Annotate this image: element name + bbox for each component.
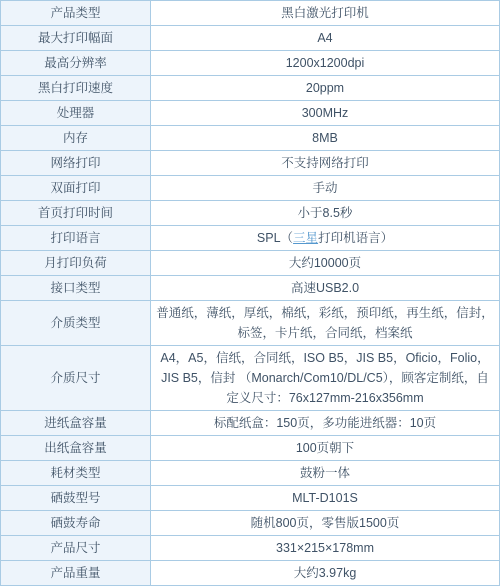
spec-row: 出纸盒容量100页朝下 xyxy=(1,436,500,461)
spec-row: 接口类型高速USB2.0 xyxy=(1,276,500,301)
spec-row: 最大打印幅面A4 xyxy=(1,26,500,51)
spec-value: 大约10000页 xyxy=(151,251,500,276)
spec-label: 介质尺寸 xyxy=(1,346,151,411)
spec-value: 小于8.5秒 xyxy=(151,201,500,226)
spec-value-text: 小于8.5秒 xyxy=(298,206,353,220)
spec-label: 双面打印 xyxy=(1,176,151,201)
spec-value: 不支持网络打印 xyxy=(151,151,500,176)
spec-label: 介质类型 xyxy=(1,301,151,346)
spec-value-text: 1200x1200dpi xyxy=(286,56,365,70)
spec-value-text: 黑白激光打印机 xyxy=(281,6,369,20)
spec-label: 最高分辨率 xyxy=(1,51,151,76)
spec-row: 产品尺寸331×215×178mm xyxy=(1,536,500,561)
spec-label: 耗材类型 xyxy=(1,461,151,486)
spec-value-text: 鼓粉一体 xyxy=(300,466,350,480)
spec-table-body: 产品类型黑白激光打印机最大打印幅面A4最高分辨率1200x1200dpi黑白打印… xyxy=(1,1,500,586)
spec-value-text: 随机800页，零售版1500页 xyxy=(251,516,400,530)
spec-value-text: 不支持网络打印 xyxy=(281,156,369,170)
spec-label: 处理器 xyxy=(1,101,151,126)
spec-row: 耗材类型鼓粉一体 xyxy=(1,461,500,486)
spec-value: A4，A5，信纸，合同纸，ISO B5，JIS B5，Oficio，Folio，… xyxy=(151,346,500,411)
spec-row: 硒鼓型号MLT-D101S xyxy=(1,486,500,511)
spec-value: 20ppm xyxy=(151,76,500,101)
spec-label: 出纸盒容量 xyxy=(1,436,151,461)
spec-row: 硒鼓寿命随机800页，零售版1500页 xyxy=(1,511,500,536)
spec-row: 打印语言SPL（三星打印机语言） xyxy=(1,226,500,251)
spec-row: 最高分辨率1200x1200dpi xyxy=(1,51,500,76)
spec-value: 标配纸盒：150页，多功能进纸器：10页 xyxy=(151,411,500,436)
spec-row: 介质类型普通纸，薄纸，厚纸，棉纸，彩纸，预印纸，再生纸，信封，标签，卡片纸，合同… xyxy=(1,301,500,346)
spec-table: 产品类型黑白激光打印机最大打印幅面A4最高分辨率1200x1200dpi黑白打印… xyxy=(0,0,500,586)
spec-value: SPL（三星打印机语言） xyxy=(151,226,500,251)
spec-value-text: 331×215×178mm xyxy=(276,541,374,555)
spec-value: 8MB xyxy=(151,126,500,151)
spec-value-text: 标配纸盒：150页，多功能进纸器：10页 xyxy=(214,416,436,430)
brand-link[interactable]: 三星 xyxy=(293,231,318,245)
spec-label: 最大打印幅面 xyxy=(1,26,151,51)
spec-label: 打印语言 xyxy=(1,226,151,251)
spec-label: 内存 xyxy=(1,126,151,151)
spec-value: 黑白激光打印机 xyxy=(151,1,500,26)
spec-value-text: 大约10000页 xyxy=(289,256,361,270)
spec-value: MLT-D101S xyxy=(151,486,500,511)
spec-value-text: 普通纸，薄纸，厚纸，棉纸，彩纸，预印纸，再生纸，信封，标签，卡片纸，合同纸，档案… xyxy=(156,306,494,340)
spec-row: 首页打印时间小于8.5秒 xyxy=(1,201,500,226)
spec-label: 黑白打印速度 xyxy=(1,76,151,101)
printer-spec-panel: 产品类型黑白激光打印机最大打印幅面A4最高分辨率1200x1200dpi黑白打印… xyxy=(0,0,500,586)
spec-label: 硒鼓寿命 xyxy=(1,511,151,536)
spec-value-text: SPL（ xyxy=(257,231,293,245)
spec-value: 331×215×178mm xyxy=(151,536,500,561)
spec-row: 月打印负荷大约10000页 xyxy=(1,251,500,276)
spec-row: 黑白打印速度20ppm xyxy=(1,76,500,101)
spec-value: 随机800页，零售版1500页 xyxy=(151,511,500,536)
spec-value-text: 300MHz xyxy=(302,106,349,120)
spec-value-text: 高速USB2.0 xyxy=(291,281,359,295)
spec-value-text: 大约3.97kg xyxy=(294,566,357,580)
spec-label: 产品重量 xyxy=(1,561,151,586)
spec-value: 大约3.97kg xyxy=(151,561,500,586)
spec-label: 产品尺寸 xyxy=(1,536,151,561)
spec-value: 手动 xyxy=(151,176,500,201)
spec-value: 鼓粉一体 xyxy=(151,461,500,486)
spec-label: 产品类型 xyxy=(1,1,151,26)
spec-value-text: 20ppm xyxy=(306,81,344,95)
spec-label: 进纸盒容量 xyxy=(1,411,151,436)
spec-row: 产品类型黑白激光打印机 xyxy=(1,1,500,26)
spec-value-text: A4，A5，信纸，合同纸，ISO B5，JIS B5，Oficio，Folio，… xyxy=(160,351,489,405)
spec-row: 双面打印手动 xyxy=(1,176,500,201)
spec-value: 高速USB2.0 xyxy=(151,276,500,301)
spec-label: 接口类型 xyxy=(1,276,151,301)
spec-value: 300MHz xyxy=(151,101,500,126)
spec-label: 硒鼓型号 xyxy=(1,486,151,511)
spec-row: 产品重量大约3.97kg xyxy=(1,561,500,586)
spec-row: 内存8MB xyxy=(1,126,500,151)
spec-value-text: 8MB xyxy=(312,131,338,145)
spec-value-text: 手动 xyxy=(312,181,337,195)
spec-label: 首页打印时间 xyxy=(1,201,151,226)
spec-row: 处理器300MHz xyxy=(1,101,500,126)
spec-value-text: 打印机语言） xyxy=(318,231,393,245)
spec-value: A4 xyxy=(151,26,500,51)
spec-label: 月打印负荷 xyxy=(1,251,151,276)
spec-value: 普通纸，薄纸，厚纸，棉纸，彩纸，预印纸，再生纸，信封，标签，卡片纸，合同纸，档案… xyxy=(151,301,500,346)
spec-row: 介质尺寸A4，A5，信纸，合同纸，ISO B5，JIS B5，Oficio，Fo… xyxy=(1,346,500,411)
spec-value: 100页朝下 xyxy=(151,436,500,461)
spec-row: 网络打印不支持网络打印 xyxy=(1,151,500,176)
spec-row: 进纸盒容量标配纸盒：150页，多功能进纸器：10页 xyxy=(1,411,500,436)
spec-value-text: 100页朝下 xyxy=(296,441,354,455)
spec-label: 网络打印 xyxy=(1,151,151,176)
spec-value-text: MLT-D101S xyxy=(292,491,358,505)
spec-value-text: A4 xyxy=(317,31,332,45)
spec-value: 1200x1200dpi xyxy=(151,51,500,76)
